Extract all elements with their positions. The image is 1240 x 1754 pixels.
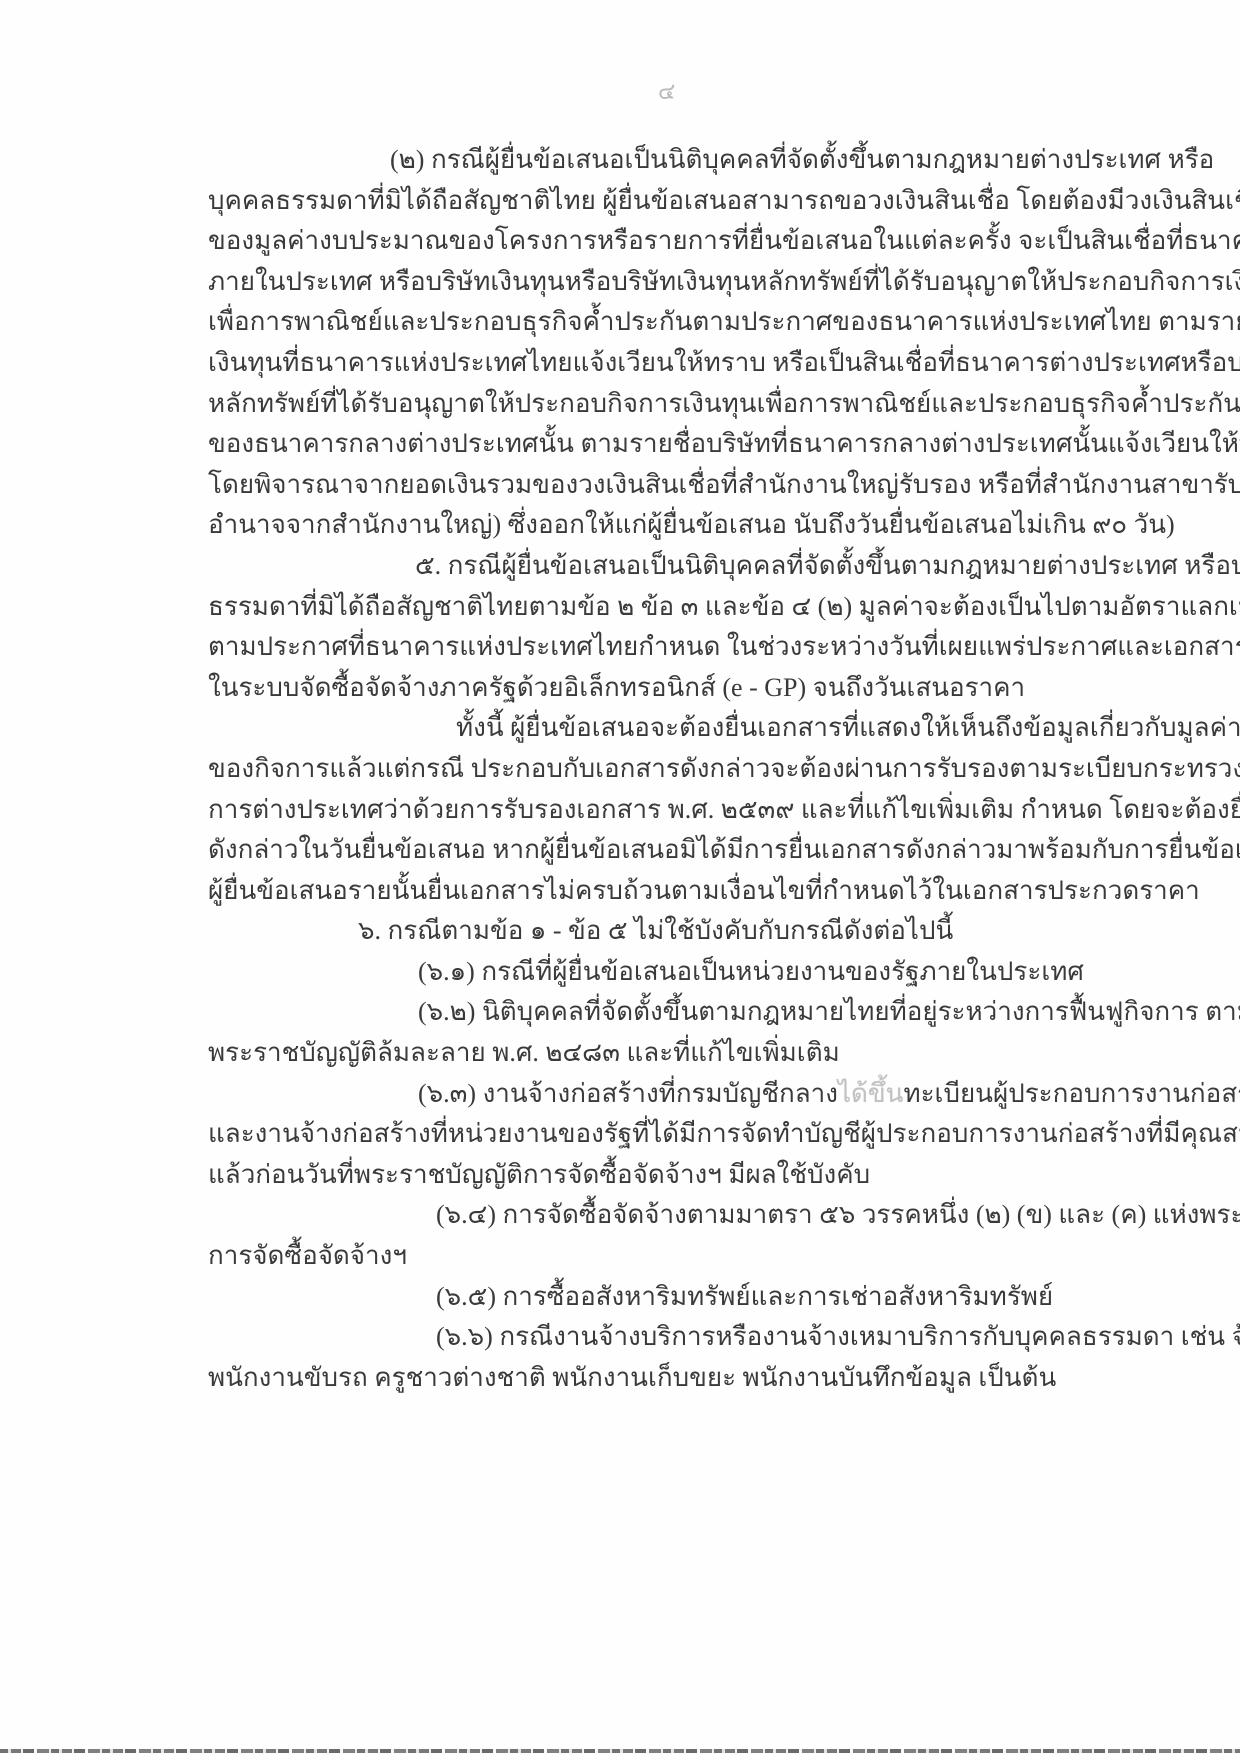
- document-page: ๔ (๒) กรณีผู้ยื่นข้อเสนอเป็นนิติบุคคลที่…: [0, 0, 1240, 1754]
- text-line: โดยพิจารณาจากยอดเงินรวมของวงเงินสินเชื่อ…: [208, 465, 1088, 506]
- text-segment: อำนาจจากสำนักงานใหญ่) ซึ่งออกให้แก่ผู้ยื…: [208, 510, 1175, 539]
- text-segment: ของธนาคารกลางต่างประเทศนั้น ตามรายชื่อบร…: [208, 429, 1240, 458]
- text-segment: การต่างประเทศว่าด้วยการรับรองเอกสาร พ.ศ.…: [208, 795, 1240, 824]
- text-line: เพื่อการพาณิชย์และประกอบธุรกิจค้ำประกันต…: [208, 302, 1088, 343]
- text-line: พนักงานขับรถ ครูชาวต่างชาติ พนักงานเก็บข…: [208, 1358, 1088, 1399]
- text-segment: บุคคลธรรมดาที่มิได้ถือสัญชาติไทย ผู้ยื่น…: [208, 186, 1240, 215]
- text-segment: (๖.๓) งานจ้างก่อสร้างที่กรมบัญชีกลาง: [418, 1079, 838, 1108]
- text-line: ภายในประเทศ หรือบริษัทเงินทุนหรือบริษัทเ…: [208, 262, 1088, 303]
- text-line: ตามประกาศที่ธนาคารแห่งประเทศไทยกำหนด ในช…: [208, 627, 1088, 668]
- text-segment: ๕. กรณีผู้ยื่นข้อเสนอเป็นนิติบุคคลที่จัด…: [415, 551, 1240, 580]
- text-line: (๖.๖) กรณีงานจ้างบริการหรืองานจ้างเหมาบร…: [208, 1317, 1088, 1358]
- text-line: เงินทุนที่ธนาคารแห่งประเทศไทยแจ้งเวียนให…: [208, 343, 1088, 384]
- text-line: ธรรมดาที่มิได้ถือสัญชาติไทยตามข้อ ๒ ข้อ …: [208, 587, 1088, 628]
- text-line: การต่างประเทศว่าด้วยการรับรองเอกสาร พ.ศ.…: [208, 790, 1088, 831]
- text-segment: ของกิจการแล้วแต่กรณี ประกอบกับเอกสารดังก…: [208, 754, 1240, 783]
- text-segment: ดังกล่าวในวันยื่นข้อเสนอ หากผู้ยื่นข้อเส…: [208, 835, 1240, 864]
- document-body: (๒) กรณีผู้ยื่นข้อเสนอเป็นนิติบุคคลที่จั…: [208, 140, 1088, 1398]
- text-line: ของมูลค่างบประมาณของโครงการหรือรายการที่…: [208, 221, 1088, 262]
- text-line: ดังกล่าวในวันยื่นข้อเสนอ หากผู้ยื่นข้อเส…: [208, 830, 1088, 871]
- text-segment: ทั้งนี้ ผู้ยื่นข้อเสนอจะต้องยื่นเอกสารที…: [456, 713, 1240, 742]
- text-line: พระราชบัญญัติล้มละลาย พ.ศ. ๒๔๘๓ และที่แก…: [208, 1033, 1088, 1074]
- text-line: ๕. กรณีผู้ยื่นข้อเสนอเป็นนิติบุคคลที่จัด…: [208, 546, 1088, 587]
- text-line: ผู้ยื่นข้อเสนอรายนั้นยื่นเอกสารไม่ครบถ้ว…: [208, 871, 1088, 912]
- text-segment: ธรรมดาที่มิได้ถือสัญชาติไทยตามข้อ ๒ ข้อ …: [208, 592, 1240, 621]
- text-segment: ในระบบจัดซื้อจัดจ้างภาครัฐด้วยอิเล็กทรอน…: [208, 673, 1025, 702]
- text-line: ทั้งนี้ ผู้ยื่นข้อเสนอจะต้องยื่นเอกสารที…: [208, 708, 1088, 749]
- page-number: ๔: [658, 74, 677, 110]
- text-line: ในระบบจัดซื้อจัดจ้างภาครัฐด้วยอิเล็กทรอน…: [208, 668, 1088, 709]
- text-segment: พนักงานขับรถ ครูชาวต่างชาติ พนักงานเก็บข…: [208, 1363, 1056, 1392]
- text-segment: ของมูลค่างบประมาณของโครงการหรือรายการที่…: [208, 226, 1240, 255]
- text-line: อำนาจจากสำนักงานใหญ่) ซึ่งออกให้แก่ผู้ยื…: [208, 505, 1088, 546]
- text-segment: (๒) กรณีผู้ยื่นข้อเสนอเป็นนิติบุคคลที่จั…: [390, 145, 1214, 174]
- text-segment: ๖. กรณีตามข้อ ๑ - ข้อ ๕ ไม่ใช้บังคับกับก…: [358, 916, 953, 945]
- text-line: การจัดซื้อจัดจ้างฯ: [208, 1236, 1088, 1277]
- text-segment: ผู้ยื่นข้อเสนอรายนั้นยื่นเอกสารไม่ครบถ้ว…: [208, 876, 1200, 905]
- scan-artifact-line: [0, 1749, 1240, 1753]
- text-segment: เงินทุนที่ธนาคารแห่งประเทศไทยแจ้งเวียนให…: [208, 348, 1240, 377]
- text-segment: แล้วก่อนวันที่พระราชบัญญัติการจัดซื้อจัด…: [208, 1160, 870, 1189]
- text-line: หลักทรัพย์ที่ได้รับอนุญาตให้ประกอบกิจการ…: [208, 384, 1088, 425]
- text-segment: ภายในประเทศ หรือบริษัทเงินทุนหรือบริษัทเ…: [208, 267, 1240, 296]
- text-segment: (๖.๑) กรณีที่ผู้ยื่นข้อเสนอเป็นหน่วยงานข…: [418, 957, 1084, 986]
- text-line: และงานจ้างก่อสร้างที่หน่วยงานของรัฐที่ได…: [208, 1114, 1088, 1155]
- text-segment: (๖.๕) การซื้ออสังหาริมทรัพย์และการเช่าอส…: [436, 1282, 1053, 1311]
- text-line: (๖.๑) กรณีที่ผู้ยื่นข้อเสนอเป็นหน่วยงานข…: [208, 952, 1088, 993]
- text-line: (๖.๔) การจัดซื้อจัดจ้างตามมาตรา ๕๖ วรรคห…: [208, 1195, 1088, 1236]
- text-segment: เพื่อการพาณิชย์และประกอบธุรกิจค้ำประกันต…: [208, 307, 1240, 336]
- text-segment: ทะเบียนผู้ประกอบการงานก่อสร้างแล้ว: [903, 1079, 1240, 1108]
- text-segment: และงานจ้างก่อสร้างที่หน่วยงานของรัฐที่ได…: [208, 1119, 1240, 1148]
- text-line: ของกิจการแล้วแต่กรณี ประกอบกับเอกสารดังก…: [208, 749, 1088, 790]
- text-segment: การจัดซื้อจัดจ้างฯ: [208, 1241, 407, 1270]
- faded-text: ได้ขึ้น: [838, 1079, 904, 1108]
- text-line: (๖.๓) งานจ้างก่อสร้างที่กรมบัญชีกลางได้ข…: [208, 1074, 1088, 1115]
- text-line: (๖.๒) นิติบุคคลที่จัดตั้งขึ้นตามกฎหมายไท…: [208, 992, 1088, 1033]
- text-line: บุคคลธรรมดาที่มิได้ถือสัญชาติไทย ผู้ยื่น…: [208, 181, 1088, 222]
- text-line: (๒) กรณีผู้ยื่นข้อเสนอเป็นนิติบุคคลที่จั…: [208, 140, 1088, 181]
- text-segment: (๖.๔) การจัดซื้อจัดจ้างตามมาตรา ๕๖ วรรคห…: [436, 1200, 1240, 1229]
- text-segment: (๖.๖) กรณีงานจ้างบริการหรืองานจ้างเหมาบร…: [436, 1322, 1240, 1351]
- text-segment: พระราชบัญญัติล้มละลาย พ.ศ. ๒๔๘๓ และที่แก…: [208, 1038, 840, 1067]
- text-segment: หลักทรัพย์ที่ได้รับอนุญาตให้ประกอบกิจการ…: [208, 389, 1240, 418]
- text-line: (๖.๕) การซื้ออสังหาริมทรัพย์และการเช่าอส…: [208, 1277, 1088, 1318]
- text-line: ๖. กรณีตามข้อ ๑ - ข้อ ๕ ไม่ใช้บังคับกับก…: [208, 911, 1088, 952]
- text-segment: (๖.๒) นิติบุคคลที่จัดตั้งขึ้นตามกฎหมายไท…: [418, 997, 1240, 1026]
- text-line: แล้วก่อนวันที่พระราชบัญญัติการจัดซื้อจัด…: [208, 1155, 1088, 1196]
- text-segment: โดยพิจารณาจากยอดเงินรวมของวงเงินสินเชื่อ…: [208, 470, 1240, 499]
- text-line: ของธนาคารกลางต่างประเทศนั้น ตามรายชื่อบร…: [208, 424, 1088, 465]
- text-segment: ตามประกาศที่ธนาคารแห่งประเทศไทยกำหนด ในช…: [208, 632, 1240, 661]
